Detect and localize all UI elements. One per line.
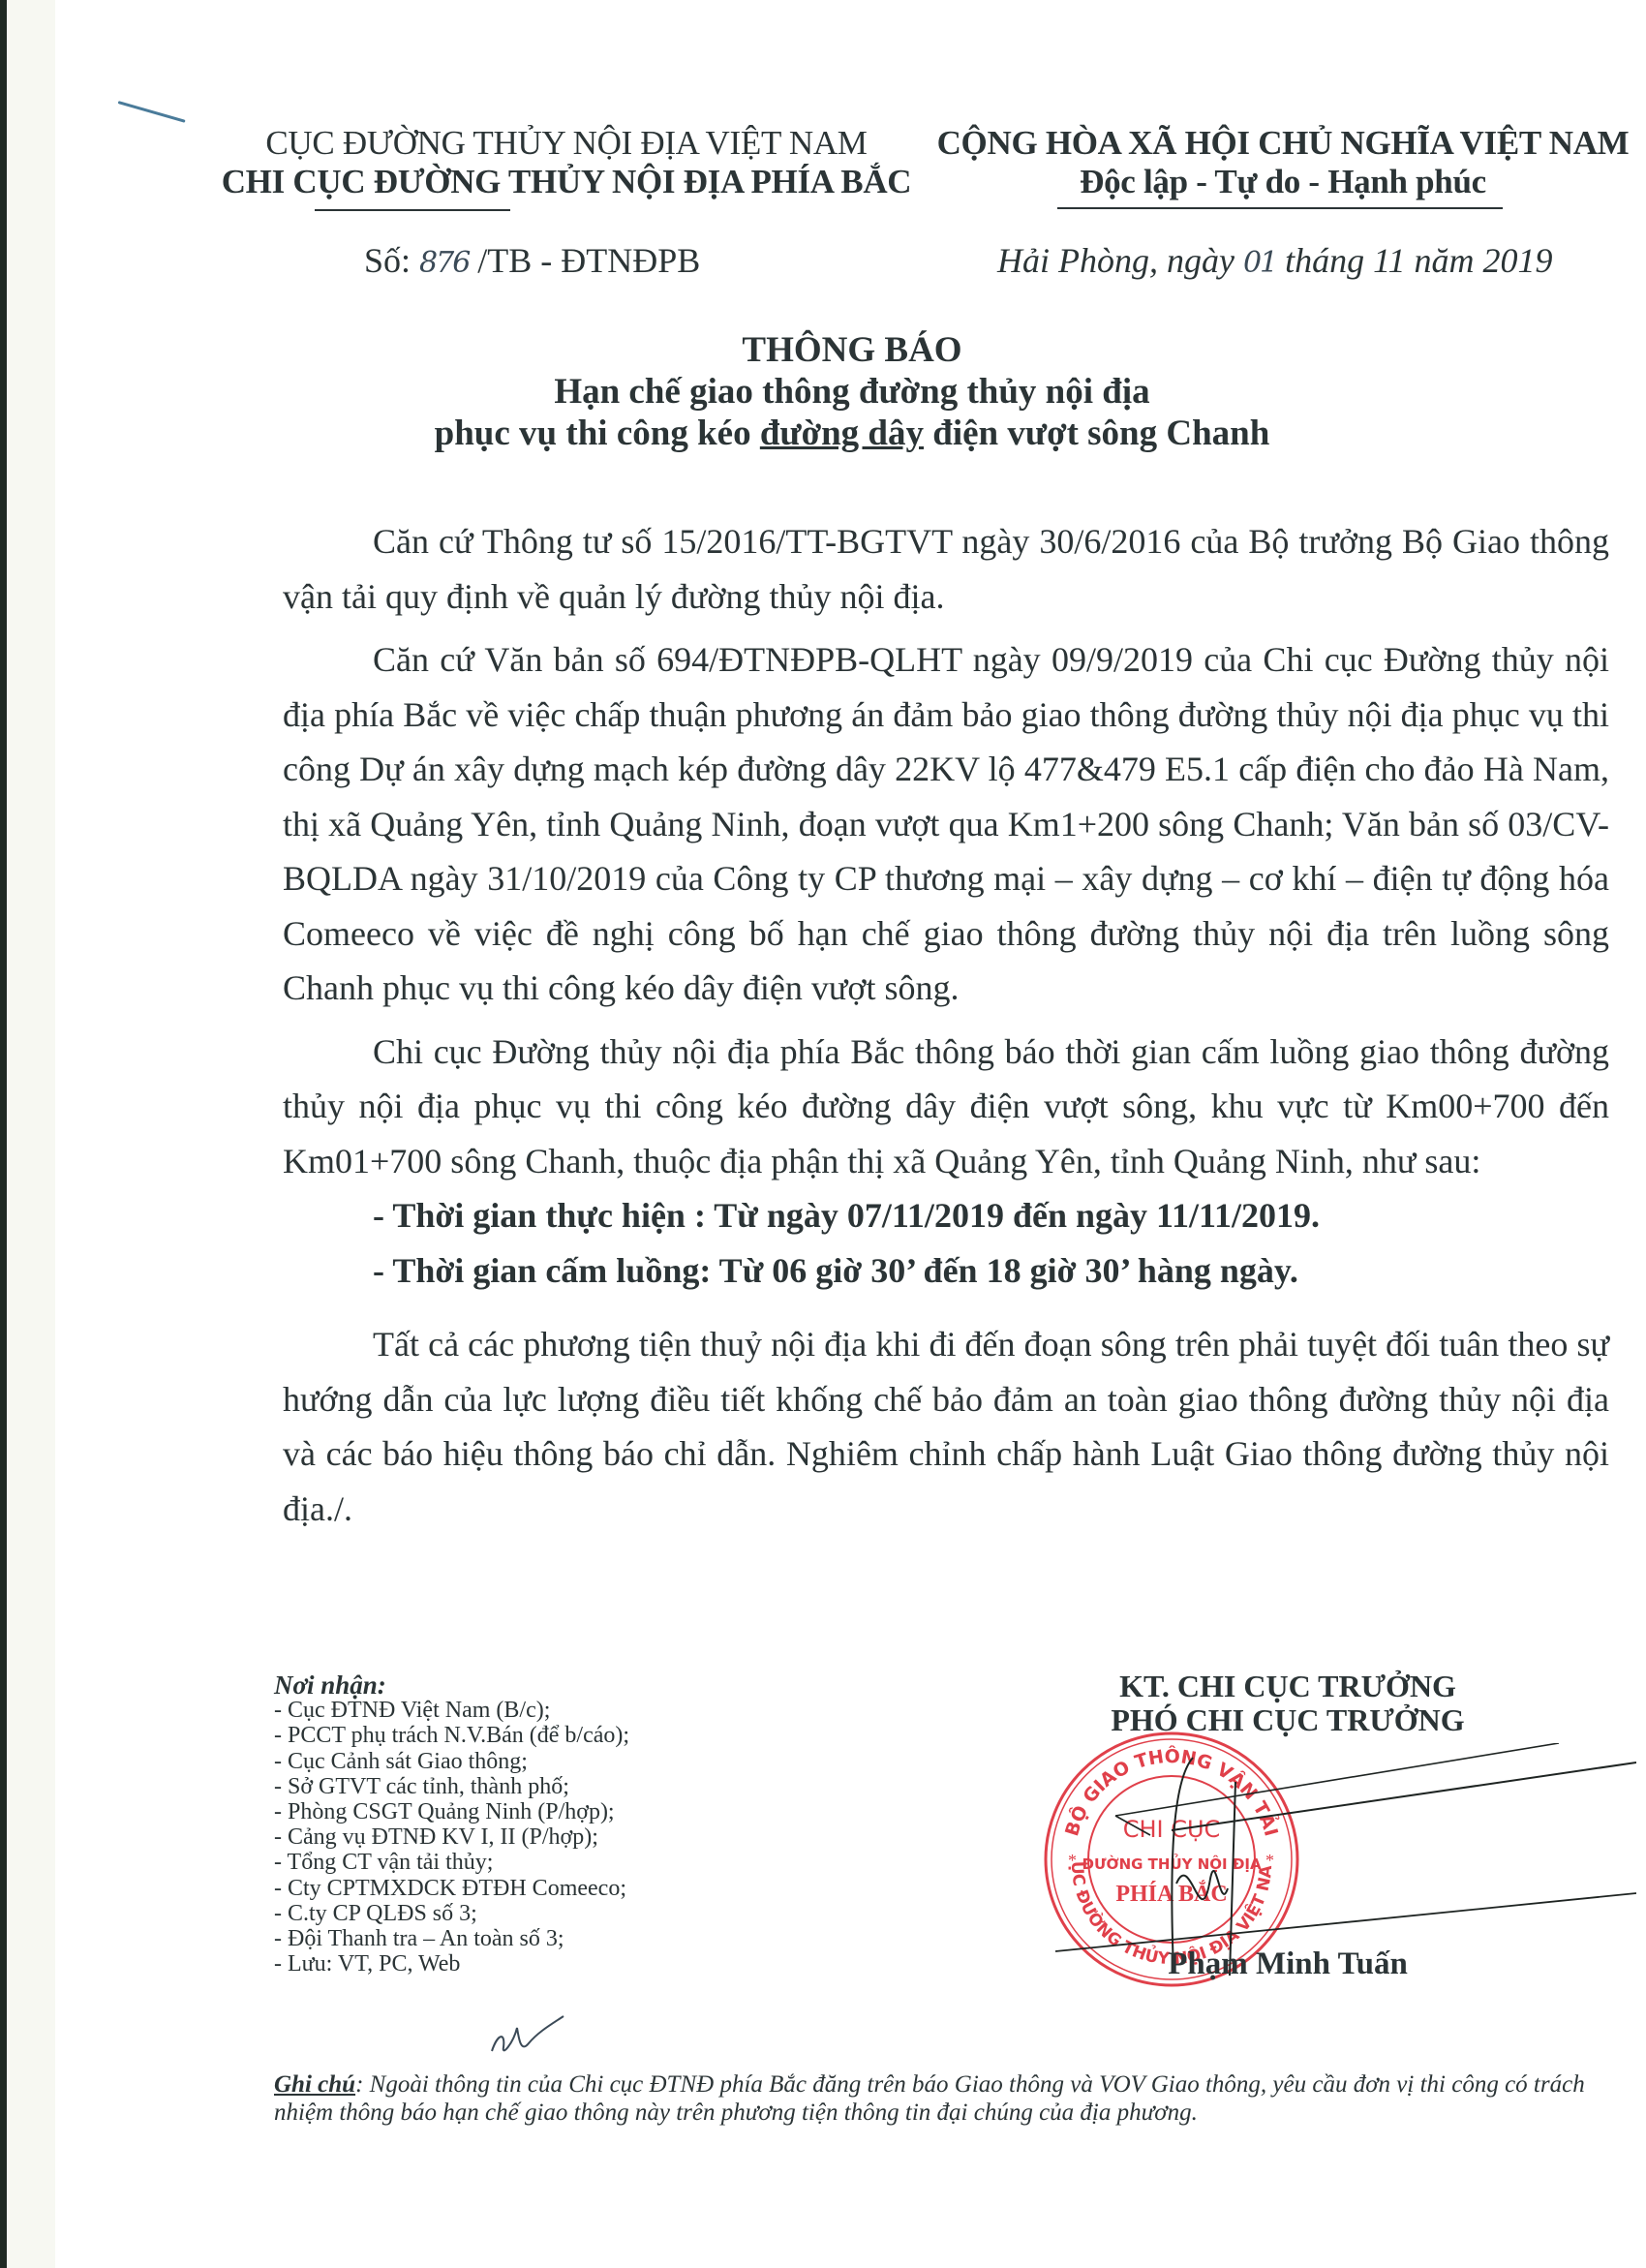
recipient-item: - Lưu: VT, PC, Web	[274, 1951, 629, 1977]
subject-line-2-underlined: đường dây	[760, 414, 924, 453]
recipient-item: - Sở GTVT các tỉnh, thành phố;	[274, 1774, 629, 1799]
paragraph-announcement: Chi cục Đường thủy nội địa phía Bắc thôn…	[283, 1025, 1609, 1189]
date-day-handwritten: 01	[1243, 246, 1276, 280]
subject-line-2-pre: phục vụ thi công kéo	[435, 414, 760, 453]
bullet-closure-hours: - Thời gian cấm luồng: Từ 06 giờ 30’ đến…	[283, 1243, 1609, 1299]
paragraph-compliance: Tất cả các phương tiện thuỷ nội địa khi …	[283, 1317, 1609, 1536]
signatory-authority: KT. CHI CỤC TRƯỞNG	[1007, 1669, 1569, 1704]
parent-org-name: CỤC ĐƯỜNG THỦY NỘI ĐỊA VIỆT NAM	[198, 124, 934, 163]
subject-line-2: phục vụ thi công kéo đường dây điện vượt…	[0, 413, 1646, 454]
initials-scribble-icon	[484, 2014, 571, 2063]
country-name: CỘNG HÒA XÃ HỘI CHỦ NGHĨA VIỆT NAM	[925, 124, 1641, 163]
doc-number-prefix: Số:	[364, 241, 411, 280]
subject-line-2-post: điện vượt sông Chanh	[924, 414, 1269, 453]
recipient-item: - Cục Cảnh sát Giao thông;	[274, 1749, 629, 1774]
doc-number: Số: 876 /TB - ĐTNĐPB	[364, 240, 700, 281]
org-underline	[315, 209, 510, 211]
doc-number-handwritten: 876	[419, 246, 469, 280]
note-label: Ghi chú	[274, 2071, 355, 2098]
document-body: Căn cứ Thông tư số 15/2016/TT-BGTVT ngày…	[283, 514, 1609, 1536]
doc-number-suffix: /TB - ĐTNĐPB	[477, 241, 700, 280]
recipient-item: - PCCT phụ trách N.V.Bán (để b/cáo);	[274, 1723, 629, 1748]
recipients-heading: Nơi nhận:	[274, 1672, 629, 1698]
recipient-item: - C.ty CP QLĐS số 3;	[274, 1901, 629, 1926]
national-motto: Độc lập - Tự do - Hạnh phúc	[925, 163, 1641, 201]
paragraph-legal-basis-2: Căn cứ Văn bản số 694/ĐTNĐPB-QLHT ngày 0…	[283, 632, 1609, 1016]
recipient-item: - Phòng CSGT Quảng Ninh (P/hợp);	[274, 1799, 629, 1824]
signatory-name: Phạm Minh Tuấn	[1007, 1946, 1569, 1982]
date-prefix: Hải Phòng, ngày	[997, 241, 1234, 280]
motto-underline	[1057, 207, 1503, 209]
note: Ghi chú: Ngoài thông tin của Chi cục ĐTN…	[274, 2070, 1630, 2127]
document-type-title: THÔNG BÁO	[0, 329, 1646, 371]
recipient-item: - Đội Thanh tra – An toàn số 3;	[274, 1926, 629, 1951]
pen-mark	[118, 101, 186, 123]
handwritten-signature-icon	[1055, 1743, 1636, 1976]
recipients-list: Nơi nhận: - Cục ĐTNĐ Việt Nam (B/c);- PC…	[274, 1672, 629, 1977]
date-suffix: tháng 11 năm 2019	[1285, 241, 1552, 280]
bullet-execution-period: - Thời gian thực hiện : Từ ngày 07/11/20…	[283, 1188, 1609, 1243]
note-text: : Ngoài thông tin của Chi cục ĐTNĐ phía …	[274, 2071, 1585, 2126]
paragraph-legal-basis-1: Căn cứ Thông tư số 15/2016/TT-BGTVT ngày…	[283, 514, 1609, 624]
recipient-item: - Cảng vụ ĐTNĐ KV I, II (P/hợp);	[274, 1824, 629, 1850]
recipient-item: - Tổng CT vận tải thủy;	[274, 1850, 629, 1875]
recipient-item: - Cty CPTMXDCK ĐTĐH Comeeco;	[274, 1876, 629, 1901]
recipient-item: - Cục ĐTNĐ Việt Nam (B/c);	[274, 1698, 629, 1723]
issuing-org-name: CHI CỤC ĐƯỜNG THỦY NỘI ĐỊA PHÍA BẮC	[198, 163, 934, 201]
subject-line-1: Hạn chế giao thông đường thủy nội địa	[0, 371, 1646, 413]
issue-date: Hải Phòng, ngày 01 tháng 11 năm 2019	[997, 240, 1552, 281]
